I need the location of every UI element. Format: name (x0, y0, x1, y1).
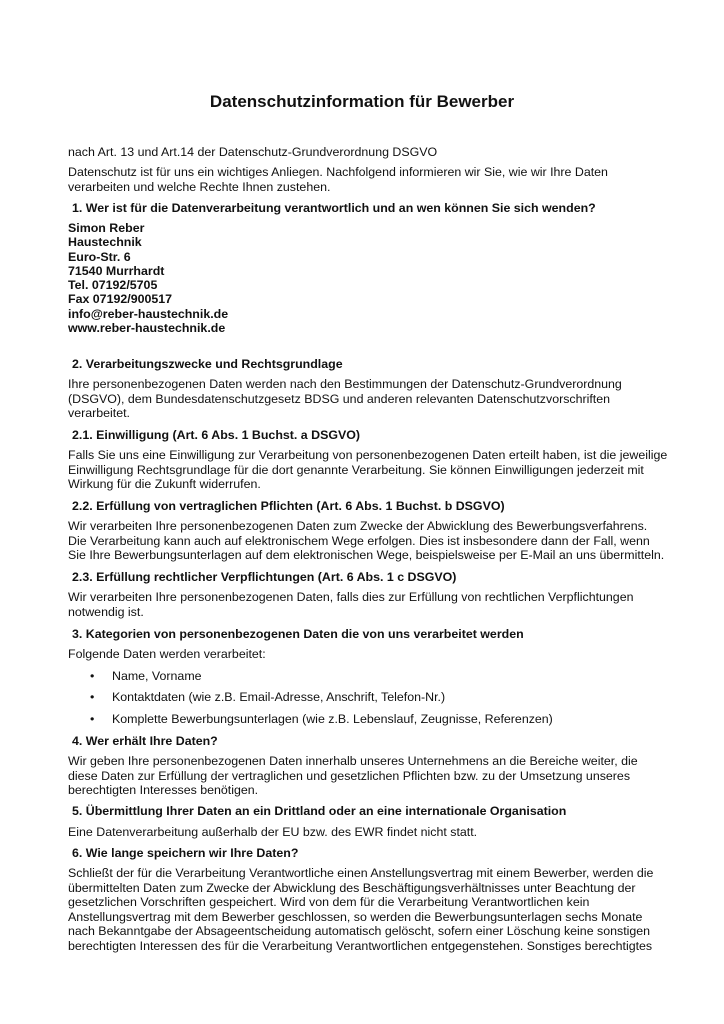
list-item: •Name, Vorname (90, 669, 202, 683)
section-1-heading: 1. Wer ist für die Datenverarbeitung ver… (68, 201, 672, 216)
section-4-text: Wir geben Ihre personenbezogenen Daten i… (68, 754, 668, 798)
list-item: •Kontaktdaten (wie z.B. Email-Adresse, A… (90, 690, 445, 704)
intro-text: Datenschutz ist für uns ein wichtiges An… (68, 165, 668, 194)
section-2-2-text: Wir verarbeiten Ihre personenbezogenen D… (68, 519, 668, 563)
contact-name: Simon Reber (68, 221, 668, 235)
section-6-heading: 6. Wie lange speichern wir Ihre Daten? (68, 846, 672, 861)
contact-phone: Tel. 07192/5705 (68, 278, 668, 292)
section-2-1-heading: 2.1. Einwilligung (Art. 6 Abs. 1 Buchst.… (68, 428, 672, 443)
section-2-3-text: Wir verarbeiten Ihre personenbezogenen D… (68, 590, 668, 619)
contact-street: Euro-Str. 6 (68, 250, 668, 264)
section-2-2-heading: 2.2. Erfüllung von vertraglichen Pflicht… (68, 499, 672, 514)
contact-fax: Fax 07192/900517 (68, 292, 668, 306)
bullet-icon: • (90, 669, 112, 683)
section-2-text: Ihre personenbezogenen Daten werden nach… (68, 377, 668, 421)
intro-subtitle: nach Art. 13 und Art.14 der Datenschutz-… (68, 145, 668, 160)
section-3-text: Folgende Daten werden verarbeitet: (68, 647, 668, 662)
contact-email: info@reber-haustechnik.de (68, 307, 668, 321)
contact-website: www.reber-haustechnik.de (68, 321, 668, 335)
contact-address: Simon Reber Haustechnik Euro-Str. 6 7154… (68, 221, 668, 335)
section-5-heading: 5. Übermittlung Ihrer Daten an ein Dritt… (68, 804, 672, 819)
section-4-heading: 4. Wer erhält Ihre Daten? (68, 734, 672, 749)
bullet-icon: • (90, 712, 112, 726)
section-3-heading: 3. Kategorien von personenbezogenen Date… (68, 627, 672, 642)
document-title: Datenschutzinformation für Bewerber (0, 92, 724, 112)
section-2-1-text: Falls Sie uns eine Einwilligung zur Vera… (68, 448, 668, 492)
section-5-text: Eine Datenverarbeitung außerhalb der EU … (68, 825, 668, 840)
section-6-text: Schließt der für die Verarbeitung Verant… (68, 866, 668, 954)
list-item: •Komplette Bewerbungsunterlagen (wie z.B… (90, 712, 553, 726)
bullet-icon: • (90, 690, 112, 704)
section-2-3-heading: 2.3. Erfüllung rechtlicher Verpflichtung… (68, 570, 672, 585)
contact-company: Haustechnik (68, 235, 668, 249)
contact-city: 71540 Murrhardt (68, 264, 668, 278)
section-2-heading: 2. Verarbeitungszwecke und Rechtsgrundla… (68, 357, 672, 372)
